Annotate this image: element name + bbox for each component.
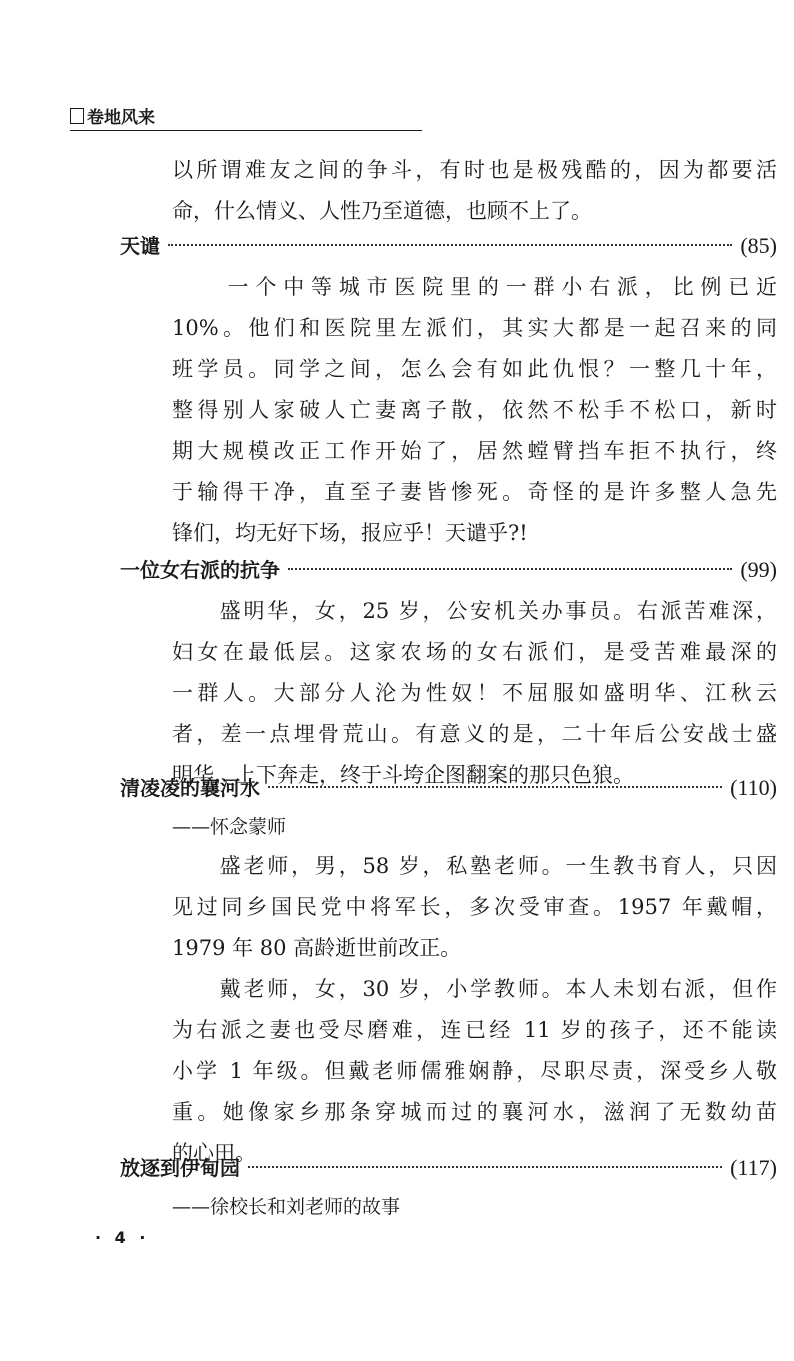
dot-leader: [168, 244, 732, 246]
square-box-icon: [70, 108, 84, 124]
body-line: 戴老师，女，30 岁，小学教师。本人未划右派，但作: [172, 974, 777, 1004]
toc-entry-title: 放逐到伊甸园: [120, 1153, 240, 1183]
toc-entry-title: 一位女右派的抗争: [120, 555, 280, 585]
body-line: 小学 1 年级。但戴老师儒雅娴静，尽职尽责，深受乡人敬: [172, 1056, 777, 1086]
toc-entry-title: 天谴: [120, 231, 160, 261]
page-number: · 4 ·: [95, 1228, 149, 1247]
body-line: 10%。他们和医院里左派们，其实大都是一起召来的同: [172, 313, 777, 343]
body-line: 期大规模改正工作开始了，居然螳臂挡车拒不执行，终: [172, 436, 777, 466]
body-line: 盛老师，男，58 岁，私塾老师。一生教书育人，只因: [172, 851, 777, 881]
toc-entry-subtitle: ——徐校长和刘老师的故事: [172, 1192, 400, 1222]
body-line: 者，差一点埋骨荒山。有意义的是，二十年后公安战士盛: [172, 719, 777, 749]
toc-entry-subtitle: ——怀念蒙师: [172, 812, 286, 842]
toc-entry-page: (117): [730, 1153, 777, 1183]
body-line: 盛明华，女，25 岁，公安机关办事员。右派苦难深，: [172, 596, 777, 626]
body-line: 重。她像家乡那条穿城而过的襄河水，滋润了无数幼苗: [172, 1097, 777, 1127]
toc-entry-page: (85): [740, 231, 777, 261]
body-line: 锋们，均无好下场，报应乎！天谴乎?!: [172, 518, 777, 548]
toc-entry-tianqian[interactable]: 天谴 (85): [120, 231, 777, 261]
toc-entry-female-rightist[interactable]: 一位女右派的抗争 (99): [120, 555, 777, 585]
toc-entry-page: (99): [740, 555, 777, 585]
header-rule: [70, 130, 422, 131]
toc-entry-xiang-river[interactable]: 清凌凌的襄河水 (110): [120, 773, 777, 803]
body-line: 一个中等城市医院里的一群小右派，比例已近: [172, 272, 777, 302]
toc-entry-title: 清凌凌的襄河水: [120, 773, 260, 803]
body-line: 于输得干净，直至子妻皆惨死。奇怪的是许多整人急先: [172, 477, 777, 507]
toc-entry-page: (110): [730, 773, 777, 803]
body-line: 为右派之妻也受尽磨难，连已经 11 岁的孩子，还不能读: [172, 1015, 777, 1045]
body-line: 班学员。同学之间，怎么会有如此仇恨？一整几十年，: [172, 354, 777, 384]
body-line: 以所谓难友之间的争斗，有时也是极残酷的，因为都要活: [172, 155, 777, 185]
body-line: 整得别人家破人亡妻离子散，依然不松手不松口，新时: [172, 395, 777, 425]
body-line: 一群人。大部分人沦为性奴！不屈服如盛明华、江秋云: [172, 678, 777, 708]
dot-leader: [288, 568, 732, 570]
dot-leader: [268, 786, 722, 788]
body-line: 1979 年 80 高龄逝世前改正。: [172, 933, 777, 963]
body-line: 妇女在最低层。这家农场的女右派们，是受苦难最深的: [172, 637, 777, 667]
dot-leader: [248, 1166, 722, 1168]
toc-entry-eden[interactable]: 放逐到伊甸园 (117): [120, 1153, 777, 1183]
book-title: 卷地风来: [87, 103, 155, 128]
body-line: 命，什么情义、人性乃至道德，也顾不上了。: [172, 196, 777, 226]
running-head: 卷地风来: [70, 103, 155, 128]
body-line: 见过同乡国民党中将军长，多次受审查。1957 年戴帽，: [172, 892, 777, 922]
